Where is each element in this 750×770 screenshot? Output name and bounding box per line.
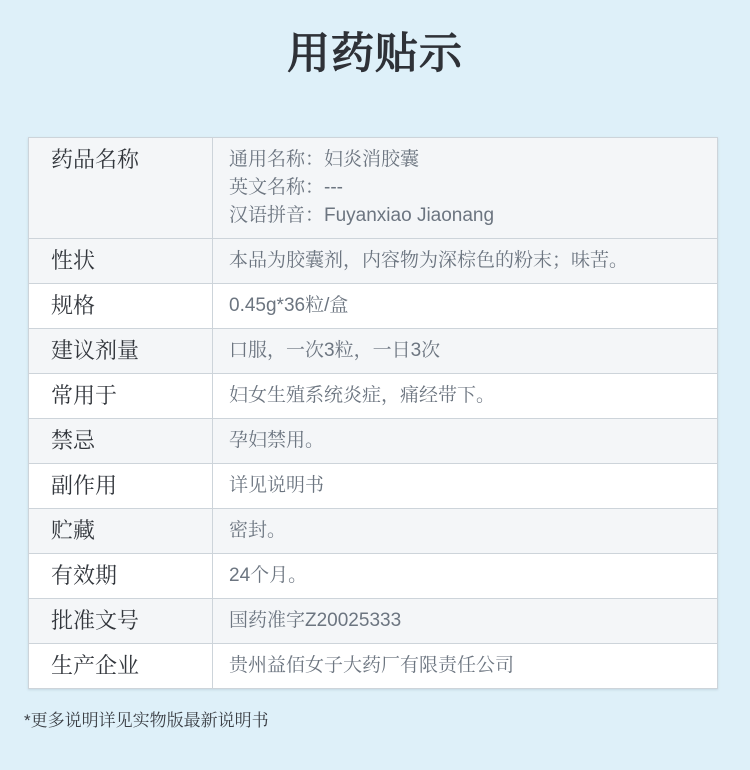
row-value: 0.45g*36粒/盒: [213, 284, 717, 328]
table-row: 贮藏 密封。: [29, 509, 717, 554]
row-value: 通用名称：妇炎消胶囊英文名称：---汉语拼音：Fuyanxiao Jiaonan…: [213, 138, 717, 238]
row-value: 贵州益佰女子大药厂有限责任公司: [213, 644, 717, 688]
table-row: 生产企业 贵州益佰女子大药厂有限责任公司: [29, 644, 717, 688]
table-row: 副作用 详见说明书: [29, 464, 717, 509]
row-value-line: 英文名称：---: [229, 174, 705, 202]
row-label: 有效期: [29, 554, 213, 598]
table-row: 有效期 24个月。: [29, 554, 717, 599]
row-value-line: 本品为胶囊剂，内容物为深棕色的粉末；味苦。: [229, 247, 705, 275]
table-row: 批准文号 国药准字Z20025333: [29, 599, 717, 644]
medication-info-table: 药品名称 通用名称：妇炎消胶囊英文名称：---汉语拼音：Fuyanxiao Ji…: [28, 137, 718, 689]
row-label: 建议剂量: [29, 329, 213, 373]
row-value: 口服，一次3粒，一日3次: [213, 329, 717, 373]
row-label: 药品名称: [29, 138, 213, 238]
table-row: 常用于 妇女生殖系统炎症，痛经带下。: [29, 374, 717, 419]
row-label: 禁忌: [29, 419, 213, 463]
row-value-line: 24个月。: [229, 562, 705, 590]
table-row: 规格 0.45g*36粒/盒: [29, 284, 717, 329]
table-row: 性状 本品为胶囊剂，内容物为深棕色的粉末；味苦。: [29, 239, 717, 284]
row-label: 常用于: [29, 374, 213, 418]
table-row: 禁忌 孕妇禁用。: [29, 419, 717, 464]
row-value: 妇女生殖系统炎症，痛经带下。: [213, 374, 717, 418]
row-label: 生产企业: [29, 644, 213, 688]
row-value: 详见说明书: [213, 464, 717, 508]
row-value: 国药准字Z20025333: [213, 599, 717, 643]
row-value-line: 国药准字Z20025333: [229, 607, 705, 635]
row-value: 孕妇禁用。: [213, 419, 717, 463]
page-title: 用药贴示: [0, 28, 750, 80]
row-label: 批准文号: [29, 599, 213, 643]
row-label: 副作用: [29, 464, 213, 508]
row-value-line: 详见说明书: [229, 472, 705, 500]
footnote: *更多说明详见实物版最新说明书: [24, 706, 750, 731]
row-label: 贮藏: [29, 509, 213, 553]
row-value: 密封。: [213, 509, 717, 553]
row-value-line: 密封。: [229, 517, 705, 545]
row-value: 本品为胶囊剂，内容物为深棕色的粉末；味苦。: [213, 239, 717, 283]
row-value-line: 0.45g*36粒/盒: [229, 292, 705, 320]
row-value-line: 贵州益佰女子大药厂有限责任公司: [229, 652, 705, 680]
table-row: 建议剂量 口服，一次3粒，一日3次: [29, 329, 717, 374]
row-label: 规格: [29, 284, 213, 328]
row-value-line: 妇女生殖系统炎症，痛经带下。: [229, 382, 705, 410]
row-value-line: 汉语拼音：Fuyanxiao Jiaonang: [229, 202, 705, 230]
row-label: 性状: [29, 239, 213, 283]
row-value-line: 通用名称：妇炎消胶囊: [229, 146, 705, 174]
row-value-line: 孕妇禁用。: [229, 427, 705, 455]
table-row: 药品名称 通用名称：妇炎消胶囊英文名称：---汉语拼音：Fuyanxiao Ji…: [29, 138, 717, 239]
row-value: 24个月。: [213, 554, 717, 598]
row-value-line: 口服，一次3粒，一日3次: [229, 337, 705, 365]
